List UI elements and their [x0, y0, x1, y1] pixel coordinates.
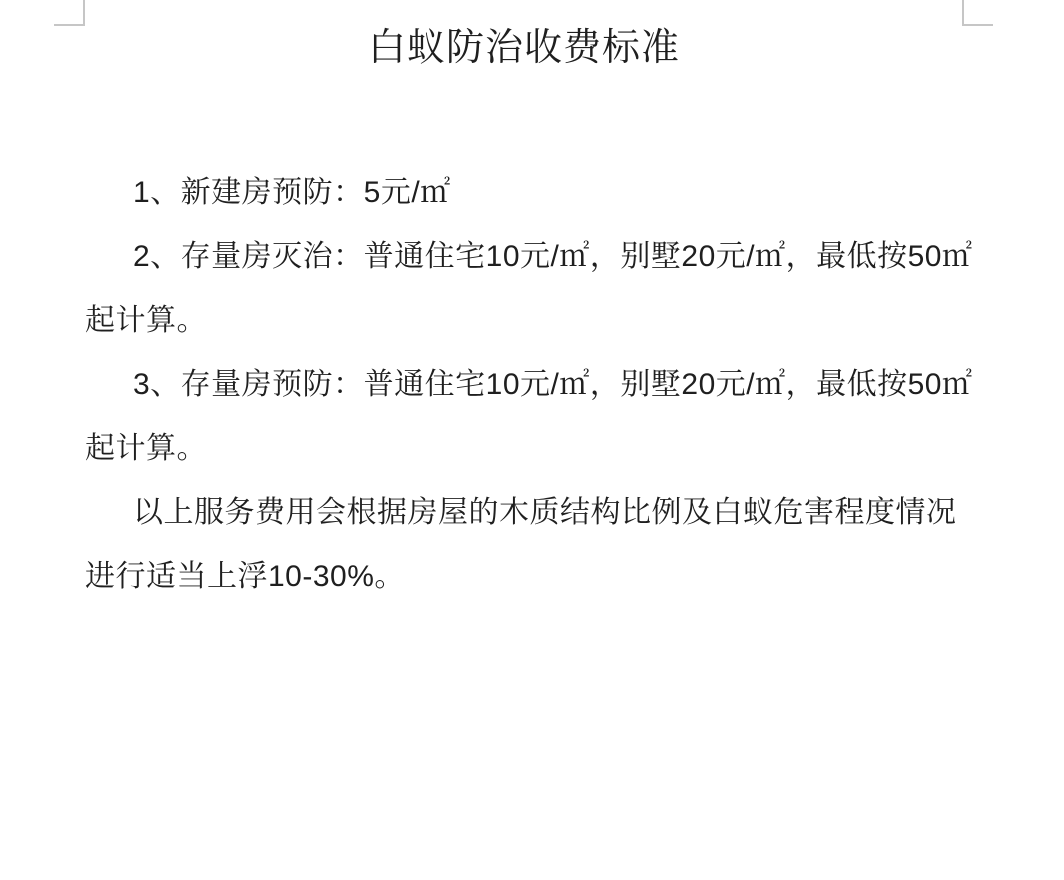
page-margin-corner-mark-left: [54, 0, 85, 26]
paragraph-line: 起计算。: [85, 417, 963, 481]
paragraph-line: 1、新建房预防：5元/㎡: [85, 161, 963, 225]
paragraph-line: 起计算。: [85, 289, 963, 353]
paragraph-item-2: 2、存量房灭治：普通住宅10元/㎡，别墅20元/㎡，最低按50㎡ 起计算。: [85, 225, 963, 353]
paragraph-item-1: 1、新建房预防：5元/㎡: [85, 161, 963, 225]
document-title: 白蚁防治收费标准: [85, 0, 963, 72]
document-page: 白蚁防治收费标准 1、新建房预防：5元/㎡ 2、存量房灭治：普通住宅10元/㎡，…: [0, 0, 1064, 880]
paragraph-note: 以上服务费用会根据房屋的木质结构比例及白蚁危害程度情况 进行适当上浮10-30%…: [85, 481, 963, 609]
document-body: 1、新建房预防：5元/㎡ 2、存量房灭治：普通住宅10元/㎡，别墅20元/㎡，最…: [85, 161, 963, 609]
text-area: 白蚁防治收费标准 1、新建房预防：5元/㎡ 2、存量房灭治：普通住宅10元/㎡，…: [85, 0, 963, 609]
paragraph-line: 进行适当上浮10-30%。: [85, 545, 963, 609]
paragraph-line: 以上服务费用会根据房屋的木质结构比例及白蚁危害程度情况: [85, 481, 963, 545]
page-margin-corner-mark-right: [962, 0, 993, 26]
paragraph-line: 3、存量房预防：普通住宅10元/㎡，别墅20元/㎡，最低按50㎡: [85, 353, 963, 417]
paragraph-line: 2、存量房灭治：普通住宅10元/㎡，别墅20元/㎡，最低按50㎡: [85, 225, 963, 289]
paragraph-item-3: 3、存量房预防：普通住宅10元/㎡，别墅20元/㎡，最低按50㎡ 起计算。: [85, 353, 963, 481]
